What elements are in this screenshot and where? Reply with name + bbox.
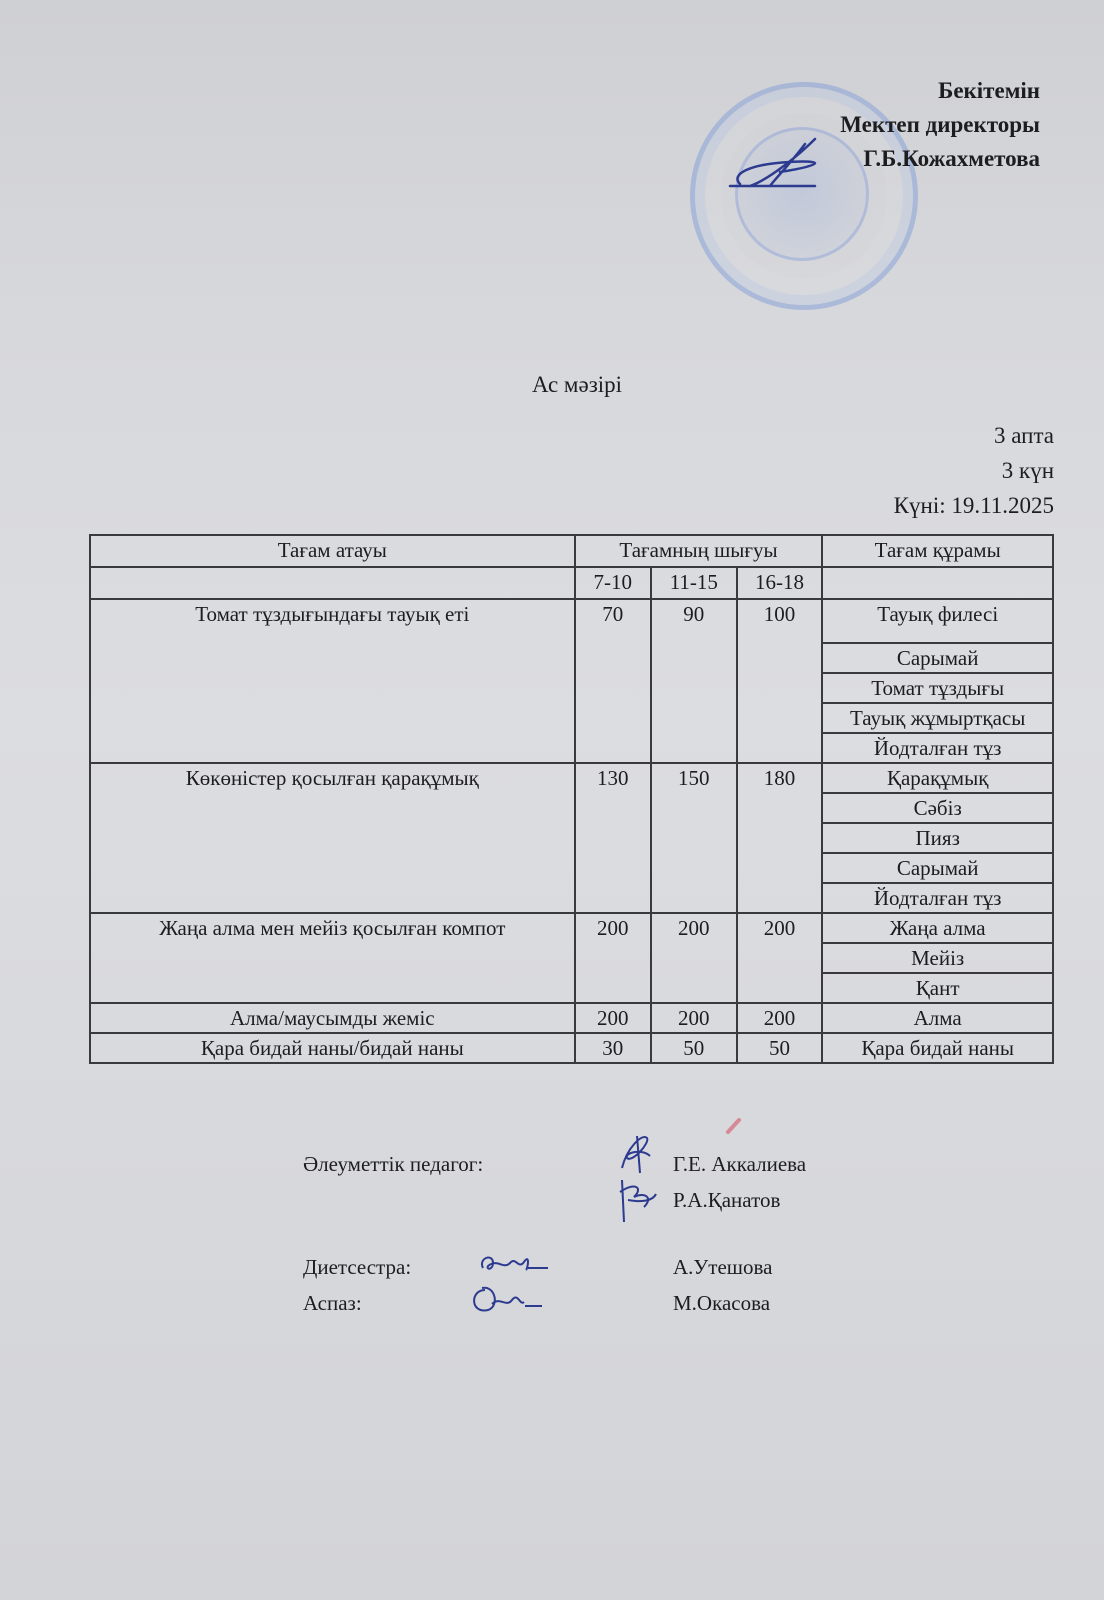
ingredient: Тауық жұмыртқасы (822, 703, 1053, 733)
age-group-7-10: 7-10 (575, 567, 651, 599)
ingredient: Мейіз (822, 943, 1053, 973)
signature-mark-okasova (470, 1280, 550, 1316)
ingredient: Сәбіз (822, 793, 1053, 823)
portion-value: 50 (737, 1033, 823, 1063)
table-row: Жаңа алма мен мейіз қосылған компот20020… (90, 913, 1053, 943)
ingredient: Қара бидай наны (822, 1033, 1053, 1063)
menu-table: Тағам атауы Тағамның шығуы Тағам құрамы … (89, 534, 1054, 1064)
ingredient: Йодталған тұз (822, 883, 1053, 913)
ingredient: Қарақұмық (822, 763, 1053, 793)
menu-meta: 3 апта 3 күн Күні: 19.11.2025 (894, 418, 1054, 523)
table-row: Көкөністер қосылған қарақұмық130150180Қа… (90, 763, 1053, 793)
portion-value: 150 (651, 763, 737, 913)
portion-value: 200 (575, 1003, 651, 1033)
dish-name: Қара бидай наны/бидай наны (90, 1033, 575, 1063)
portion-value: 90 (651, 599, 737, 763)
age-group-blank (90, 567, 575, 599)
ingredient: Йодталған тұз (822, 733, 1053, 763)
portion-value: 200 (737, 913, 823, 1003)
approval-heading: Бекітемін (840, 74, 1040, 108)
signature-mark-uteshova (478, 1248, 558, 1278)
ingredient: Қант (822, 973, 1053, 1003)
age-group-11-15: 11-15 (651, 567, 737, 599)
portion-value: 130 (575, 763, 651, 913)
ingredient: Пияз (822, 823, 1053, 853)
portion-value: 70 (575, 599, 651, 763)
ingredient: Алма (822, 1003, 1053, 1033)
table-row: Томат тұздығындағы тауық еті7090100Тауық… (90, 599, 1053, 643)
portion-value: 200 (737, 1003, 823, 1033)
ingredient: Сарымай (822, 643, 1053, 673)
social-pedagogue-name-1: Г.Е. Аккалиева (673, 1152, 806, 1177)
dish-name: Жаңа алма мен мейіз қосылған компот (90, 913, 575, 1003)
portion-value: 180 (737, 763, 823, 913)
week-label: 3 апта (894, 418, 1054, 453)
portion-value: 100 (737, 599, 823, 763)
ingredient: Жаңа алма (822, 913, 1053, 943)
age-group-16-18: 16-18 (737, 567, 823, 599)
table-row: Алма/маусымды жеміс200200200Алма (90, 1003, 1053, 1033)
social-pedagogue-label: Әлеуметтік педагог: (303, 1152, 483, 1177)
dietitian-label: Диетсестра: (303, 1255, 411, 1280)
header-name: Тағам атауы (90, 535, 575, 567)
dietitian-name: А.Утешова (673, 1255, 772, 1280)
day-label: 3 күн (894, 453, 1054, 488)
dish-name: Томат тұздығындағы тауық еті (90, 599, 575, 763)
dish-name: Алма/маусымды жеміс (90, 1003, 575, 1033)
portion-value: 200 (651, 913, 737, 1003)
signature-mark-kanatov (614, 1172, 662, 1228)
social-pedagogue-name-2: Р.А.Қанатов (673, 1188, 780, 1213)
director-signature (720, 134, 880, 194)
header-composition: Тағам құрамы (822, 535, 1053, 567)
portion-value: 50 (651, 1033, 737, 1063)
portion-value: 200 (575, 913, 651, 1003)
age-group-row: 7-10 11-15 16-18 (90, 567, 1053, 599)
ingredient: Тауық филесі (822, 599, 1053, 643)
portion-value: 30 (575, 1033, 651, 1063)
table-row: Қара бидай наны/бидай наны305050Қара бид… (90, 1033, 1053, 1063)
header-row: Тағам атауы Тағамның шығуы Тағам құрамы (90, 535, 1053, 567)
ingredient: Сарымай (822, 853, 1053, 883)
document-title: Ас мәзірі (0, 372, 1104, 398)
dish-name: Көкөністер қосылған қарақұмық (90, 763, 575, 913)
signature-mark-akkalieva (612, 1128, 662, 1178)
ink-smudge (724, 1116, 744, 1136)
ingredient: Томат тұздығы (822, 673, 1053, 703)
composition-blank (822, 567, 1053, 599)
date-label: Күні: 19.11.2025 (894, 488, 1054, 523)
portion-value: 200 (651, 1003, 737, 1033)
header-output: Тағамның шығуы (575, 535, 823, 567)
cook-name: М.Окасова (673, 1291, 770, 1316)
cook-label: Аспаз: (303, 1291, 362, 1316)
